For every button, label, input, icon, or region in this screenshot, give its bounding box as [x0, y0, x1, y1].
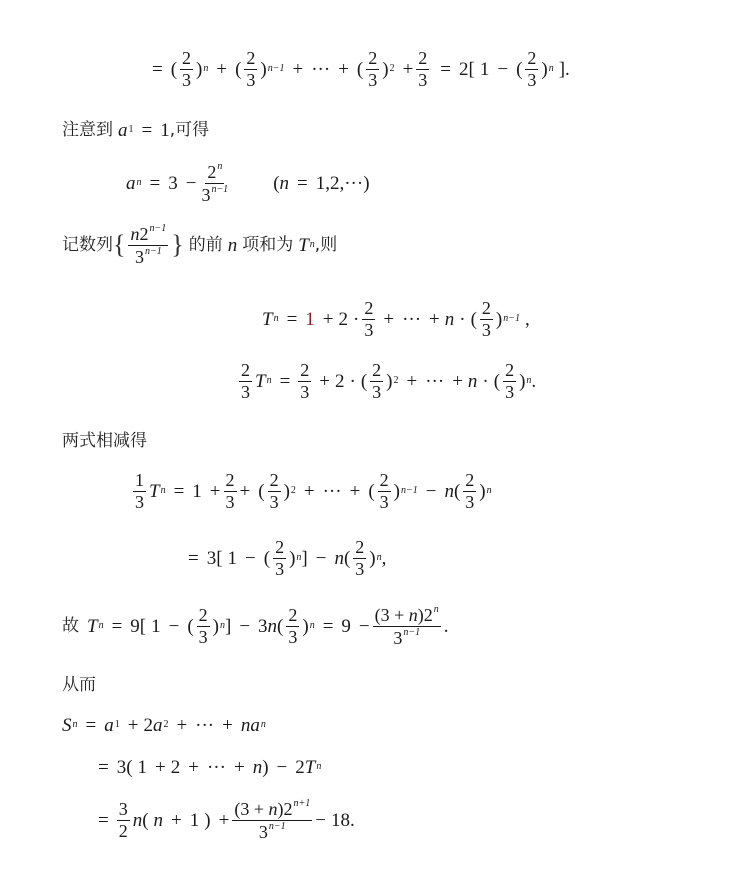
exponent: n: [549, 64, 554, 74]
paren: ): [284, 482, 290, 501]
plus: +: [383, 310, 394, 329]
number: 3: [258, 617, 268, 636]
var-T: T: [305, 758, 316, 777]
plus: +: [304, 482, 315, 501]
plus: +: [176, 716, 187, 735]
minus: −: [169, 617, 180, 636]
paren: (: [494, 372, 500, 391]
brace: }: [171, 232, 183, 258]
minus: −: [239, 617, 250, 636]
equals: =: [440, 60, 451, 79]
var-T: T: [255, 372, 266, 391]
plus: +: [155, 758, 166, 777]
exponent: 2: [390, 64, 395, 74]
number: 1: [480, 60, 490, 79]
var-n: n: [268, 617, 278, 636]
var-n: n: [154, 811, 164, 830]
cjk-text: 从而: [62, 677, 96, 694]
fraction-2-3: 23: [353, 538, 366, 579]
range: 1,2,···: [316, 174, 363, 193]
fraction-n2n1-3n1: n2n−1 3n−1: [128, 224, 168, 267]
number: 1: [138, 758, 148, 777]
number: 2: [171, 758, 181, 777]
var-n: n: [241, 716, 251, 735]
bracket: [: [140, 617, 146, 636]
paren: ): [519, 372, 525, 391]
var-a: a: [104, 716, 114, 735]
paren: ): [289, 549, 295, 568]
subscript: n: [137, 178, 142, 188]
equals: =: [150, 174, 161, 193]
fraction-2-3: 23: [416, 49, 429, 90]
bracket: [: [216, 549, 222, 568]
number: 1: [228, 549, 238, 568]
paren: (: [171, 60, 177, 79]
minus: −: [359, 617, 370, 636]
paren: (: [142, 811, 148, 830]
paren: ): [213, 617, 219, 636]
var-n: n: [280, 174, 290, 193]
plus: +: [171, 811, 182, 830]
ellipsis: ···: [207, 758, 226, 777]
fraction-2-3: 23: [244, 49, 257, 90]
paren: ): [204, 811, 210, 830]
plus: +: [219, 811, 230, 830]
exponent: 2: [291, 486, 296, 496]
paren: ): [541, 60, 547, 79]
equals: =: [280, 372, 291, 391]
var-T: T: [298, 236, 309, 255]
plus: +: [350, 482, 361, 501]
fraction-2-3: 23: [268, 471, 281, 512]
paren: (: [454, 482, 460, 501]
number: 2: [295, 758, 305, 777]
var-n: n: [133, 811, 143, 830]
period: .: [565, 60, 570, 79]
cdot: ·: [482, 372, 488, 391]
fraction-2-3: 23: [525, 49, 538, 90]
fraction-2-3: 23: [180, 49, 193, 90]
plus: +: [222, 716, 233, 735]
minus: −: [316, 549, 327, 568]
eq-Sn-2: = 3( 1 + 2 + ··· + n) − 2Tn: [98, 754, 321, 780]
var-T: T: [149, 482, 160, 501]
equals: =: [287, 310, 298, 329]
fraction-3n2n-3n1: (3 + n)2n 3n−1: [373, 605, 441, 648]
var-n: n: [253, 758, 263, 777]
cdot: ·: [353, 310, 359, 329]
paren: ): [302, 617, 308, 636]
paren: (: [277, 617, 283, 636]
fraction-1-3: 13: [133, 471, 146, 512]
paren: (: [235, 60, 241, 79]
equals: =: [152, 60, 163, 79]
fraction-2-3: 23: [362, 299, 375, 340]
minus: −: [186, 174, 197, 193]
paren: ): [260, 60, 266, 79]
equals: =: [98, 758, 109, 777]
paren: ): [394, 482, 400, 501]
equals: =: [98, 811, 109, 830]
subscript: n: [267, 376, 272, 386]
ellipsis: ···: [323, 482, 342, 501]
minus: −: [426, 482, 437, 501]
number: 3: [207, 549, 217, 568]
def-Tn: 记数列 { n2n−1 3n−1 } 的前 n 项和为 Tn ,则: [62, 222, 337, 268]
period: .: [444, 617, 449, 636]
bracket: ]: [301, 549, 307, 568]
cjk-text: 故: [62, 618, 79, 635]
exponent: n−1: [503, 314, 520, 324]
note-a1: 注意到 a1 = 1 ,可得: [62, 118, 209, 142]
thus-text: 从而: [62, 673, 96, 697]
ellipsis: ···: [311, 60, 330, 79]
number: 1: [160, 121, 170, 140]
number: 2: [339, 310, 349, 329]
number: 2: [335, 372, 345, 391]
ellipsis: ···: [402, 310, 421, 329]
fraction-2-3: 23: [378, 471, 391, 512]
number: 1: [192, 482, 202, 501]
var-n: n: [444, 482, 454, 501]
plus: +: [210, 482, 221, 501]
eq-Sn-1: Sn = a1 + 2a2 + ··· + nan: [62, 712, 266, 738]
fraction-2-3: 23: [480, 299, 493, 340]
minus: −: [315, 811, 326, 830]
plus: +: [323, 310, 334, 329]
paren: (: [471, 310, 477, 329]
fraction-2-3: 23: [197, 606, 210, 647]
paren: ): [262, 758, 268, 777]
paren: (: [368, 482, 374, 501]
number-highlight: 1: [305, 310, 315, 329]
cdot: ·: [459, 310, 465, 329]
minus: −: [245, 549, 256, 568]
number: 3: [117, 758, 127, 777]
paren: (: [344, 549, 350, 568]
paren: (: [516, 60, 522, 79]
paren: ): [496, 310, 502, 329]
plus: +: [403, 60, 414, 79]
number: 3: [168, 174, 178, 193]
equals: =: [174, 482, 185, 501]
paren: (: [264, 549, 270, 568]
cjk-text: ,则: [315, 237, 337, 254]
plus: +: [452, 372, 463, 391]
eq-geometric-sum: = ( 23 )n + ( 23 )n−1 + ··· + ( 23 )2 + …: [152, 44, 570, 94]
fraction-2n-3n1: 2n 3n−1: [199, 162, 230, 205]
var-n: n: [228, 236, 238, 255]
var-S: S: [62, 716, 72, 735]
number: 9: [341, 617, 351, 636]
brace: {: [113, 232, 125, 258]
subscript: 2: [163, 720, 168, 730]
number: 1: [190, 811, 200, 830]
paren: (: [187, 617, 193, 636]
bracket: [: [469, 60, 475, 79]
equals: =: [323, 617, 334, 636]
subscript: n: [316, 762, 321, 772]
subscript: n: [261, 720, 266, 730]
exponent: n−1: [401, 486, 418, 496]
subscript: n: [99, 621, 104, 631]
cjk-text: 的前: [189, 237, 223, 254]
equals: =: [112, 617, 123, 636]
fraction-2-3: 23: [273, 538, 286, 579]
paren: (: [126, 758, 132, 777]
eq-Tn-final: 故 Tn = 9[ 1 − ( 23 )n ] − 3n( 23 )n = 9 …: [62, 601, 449, 651]
var-a: a: [118, 121, 128, 140]
exponent: n: [203, 64, 208, 74]
number: 18: [331, 811, 350, 830]
fraction-3n2n1-3n1: (3 + n)2n+1 3n−1: [232, 799, 312, 842]
subscript: n: [274, 314, 279, 324]
equals: =: [297, 174, 308, 193]
var-a: a: [153, 716, 163, 735]
fraction-2-3: 23: [503, 361, 516, 402]
fraction-2-3: 23: [298, 361, 311, 402]
number: 2: [459, 60, 469, 79]
subscript: n: [161, 486, 166, 496]
eq-13Tn-simplified: = 3[ 1 − ( 23 )n ] − n( 23 )n,: [188, 533, 386, 583]
equals: =: [86, 716, 97, 735]
paren: ): [479, 482, 485, 501]
plus: +: [407, 372, 418, 391]
paren: ): [196, 60, 202, 79]
fraction-2-3: 23: [239, 361, 252, 402]
subscript: 1: [129, 125, 134, 135]
paren: ): [386, 372, 392, 391]
subscript: n: [73, 720, 78, 730]
minus: −: [277, 758, 288, 777]
paren: ): [369, 549, 375, 568]
ellipsis: ···: [425, 372, 444, 391]
plus: +: [319, 372, 330, 391]
equals: =: [142, 121, 153, 140]
plus: +: [429, 310, 440, 329]
cjk-text: ,可得: [170, 122, 209, 139]
var-n: n: [468, 372, 478, 391]
plus: +: [234, 758, 245, 777]
period: .: [531, 372, 536, 391]
fraction-3-2: 32: [117, 800, 130, 841]
cjk-text: 记数列: [62, 237, 113, 254]
fraction-2-3: 23: [463, 471, 476, 512]
var-a: a: [126, 174, 136, 193]
fraction-2-3: 23: [224, 471, 237, 512]
var-a: a: [250, 716, 260, 735]
comma: ,: [525, 310, 530, 329]
number: 2: [143, 716, 153, 735]
paren: (: [361, 372, 367, 391]
ellipsis: ···: [195, 716, 214, 735]
plus: +: [293, 60, 304, 79]
paren: (: [258, 482, 264, 501]
paren: ): [382, 60, 388, 79]
bracket: ]: [225, 617, 231, 636]
var-T: T: [87, 617, 98, 636]
plus: +: [128, 716, 139, 735]
plus: +: [216, 60, 227, 79]
var-T: T: [262, 310, 273, 329]
cdot: ·: [350, 372, 356, 391]
fraction-2-3: 23: [286, 606, 299, 647]
number: 9: [130, 617, 140, 636]
cjk-text: 注意到: [62, 122, 113, 139]
subtract-text: 两式相减得: [62, 429, 147, 453]
equals: =: [188, 549, 199, 568]
exponent: n−1: [268, 64, 285, 74]
plus: +: [188, 758, 199, 777]
eq-Sn-3: = 32 n( n + 1) + (3 + n)2n+1 3n−1 − 18.: [98, 794, 355, 846]
paren: (: [357, 60, 363, 79]
comma: ,: [382, 549, 387, 568]
subscript: 1: [115, 720, 120, 730]
period: .: [350, 811, 355, 830]
eq-Tn: Tn = 1 + 2 · 23 + ··· + n · ( 23 )n−1 ,: [262, 294, 530, 344]
exponent: n: [487, 486, 492, 496]
eq-23Tn: 23 Tn = 23 + 2 · ( 23 )2 + ··· + n · ( 2…: [236, 356, 536, 406]
var-n: n: [445, 310, 455, 329]
eq-an: an = 3 − 2n 3n−1 (n = 1,2,···): [126, 158, 370, 208]
paren: ): [363, 174, 369, 193]
fraction-2-3: 23: [370, 361, 383, 402]
minus: −: [497, 60, 508, 79]
number: 1: [151, 617, 161, 636]
var-n: n: [334, 549, 344, 568]
exponent: 2: [394, 376, 399, 386]
exponent: n: [310, 621, 315, 631]
plus: +: [338, 60, 349, 79]
cjk-text: 项和为: [242, 237, 293, 254]
cjk-text: 两式相减得: [62, 433, 147, 450]
eq-13Tn: 13 Tn = 1 + 23 + ( 23 )2 + ··· + ( 23 )n…: [130, 466, 492, 516]
fraction-2-3: 23: [366, 49, 379, 90]
plus: +: [240, 482, 251, 501]
